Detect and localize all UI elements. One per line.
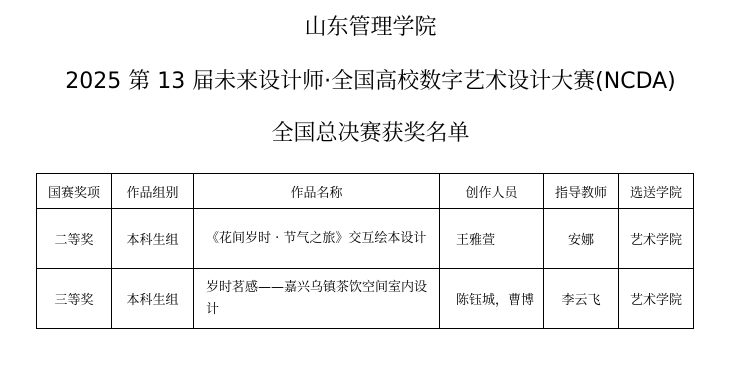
advisor-cell: 李云飞 (544, 269, 619, 329)
advisor-cell: 安娜 (544, 209, 619, 269)
awards-list-title: 全国总决赛获奖名单 (0, 120, 741, 148)
work-title-cell: 岁时茗感——嘉兴乌镇茶饮空间室内设计 (194, 269, 440, 329)
award-cell: 二等奖 (37, 209, 112, 269)
column-header-college: 选送学院 (619, 174, 694, 209)
awards-table: 国赛奖项 作品组别 作品名称 创作人员 指导教师 选送学院 二等奖 本科生组 《… (36, 173, 694, 329)
creators-cell: 王雅萱 (440, 209, 544, 269)
column-header-award: 国赛奖项 (37, 174, 112, 209)
work-title-cell: 《花间岁时 · 节气之旅》交互绘本设计 (194, 209, 440, 269)
column-header-creators: 创作人员 (440, 174, 544, 209)
column-header-advisor: 指导教师 (544, 174, 619, 209)
table-header-row: 国赛奖项 作品组别 作品名称 创作人员 指导教师 选送学院 (37, 174, 694, 209)
award-cell: 三等奖 (37, 269, 112, 329)
college-cell: 艺术学院 (619, 269, 694, 329)
table-row: 二等奖 本科生组 《花间岁时 · 节气之旅》交互绘本设计 王雅萱 安娜 艺术学院 (37, 209, 694, 269)
college-cell: 艺术学院 (619, 209, 694, 269)
competition-title: 2025 第 13 届未来设计师·全国高校数字艺术设计大赛(NCDA) (0, 68, 741, 96)
table-row: 三等奖 本科生组 岁时茗感——嘉兴乌镇茶饮空间室内设计 陈钰城，曹博 李云飞 艺… (37, 269, 694, 329)
group-cell: 本科生组 (112, 269, 194, 329)
creators-cell: 陈钰城，曹博 (440, 269, 544, 329)
group-cell: 本科生组 (112, 209, 194, 269)
column-header-title: 作品名称 (194, 174, 440, 209)
column-header-group: 作品组别 (112, 174, 194, 209)
institution-title: 山东管理学院 (0, 14, 741, 42)
